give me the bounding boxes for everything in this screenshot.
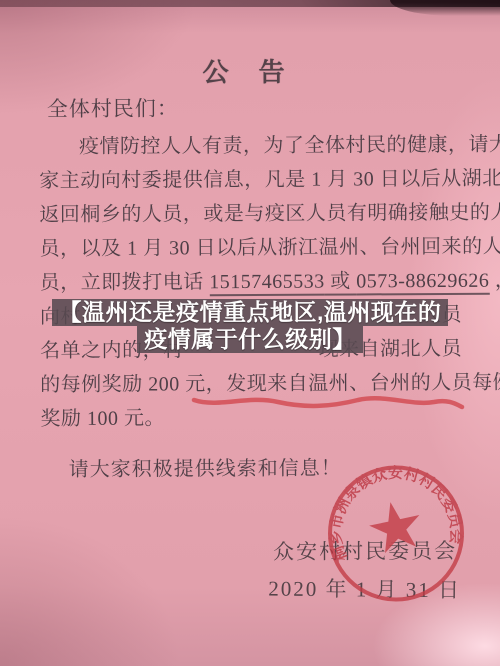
caption-line-1: 【温州还是疫情重点地区,温州现在的 — [52, 299, 449, 326]
signature-date: 2020 年 1 月 31 日 — [268, 573, 461, 605]
notice-closing: 请大家积极提供线索和信息！ — [69, 452, 342, 482]
notice-title: 公 告 — [0, 51, 491, 91]
body-line-phone: 员，立即拨打电话 15157465533 或 0573-88629626 ， — [40, 264, 464, 300]
body-line-8: 的每例奖励 200 元，发现来自温州、台州的人员每例 — [40, 366, 464, 402]
body-line-3: 返回桐乡的人员，或是与疫区人员有明确接触史的人 — [39, 196, 463, 232]
notice-photo: 公 告 全体村民们： 疫情防控人人有责，为了全体村民的健康，请大 家主动向村委提… — [0, 0, 500, 666]
phone-number-2: 0573-88629626 — [356, 270, 489, 296]
notice-salutation: 全体村民们： — [47, 92, 179, 123]
body-line-9: 奖励 100 元。 — [40, 400, 464, 436]
line-8-red-underlined-text: 发现来自温州、台州的人员每例 — [226, 372, 500, 396]
caption-line-2: 疫情属于什么级别】 — [137, 326, 363, 353]
body-line-4: 员，以及 1 月 30 日以后从浙江温州、台州回来的人 — [39, 230, 463, 266]
phone-number-1: 15157465533 — [209, 271, 325, 297]
body-line-1: 疫情防控人人有责，为了全体村民的健康，请大 — [39, 128, 463, 164]
line-8-prefix: 的每例奖励 200 元， — [40, 373, 226, 396]
notice-body: 疫情防控人人有责，为了全体村民的健康，请大 家主动向村委提供信息，凡是 1 月 … — [39, 128, 465, 436]
phone-or: 或 — [325, 270, 357, 295]
phone-line-suffix: ， — [489, 270, 500, 292]
caption-overlay: 【温州还是疫情重点地区,温州现在的 疫情属于什么级别】 — [0, 299, 500, 353]
body-line-2: 家主动向村委提供信息，凡是 1 月 30 日以后从湖北 — [39, 162, 463, 198]
phone-line-prefix: 员，立即拨打电话 — [40, 271, 210, 294]
signature-committee: 众安村村民委员会 — [273, 535, 457, 566]
